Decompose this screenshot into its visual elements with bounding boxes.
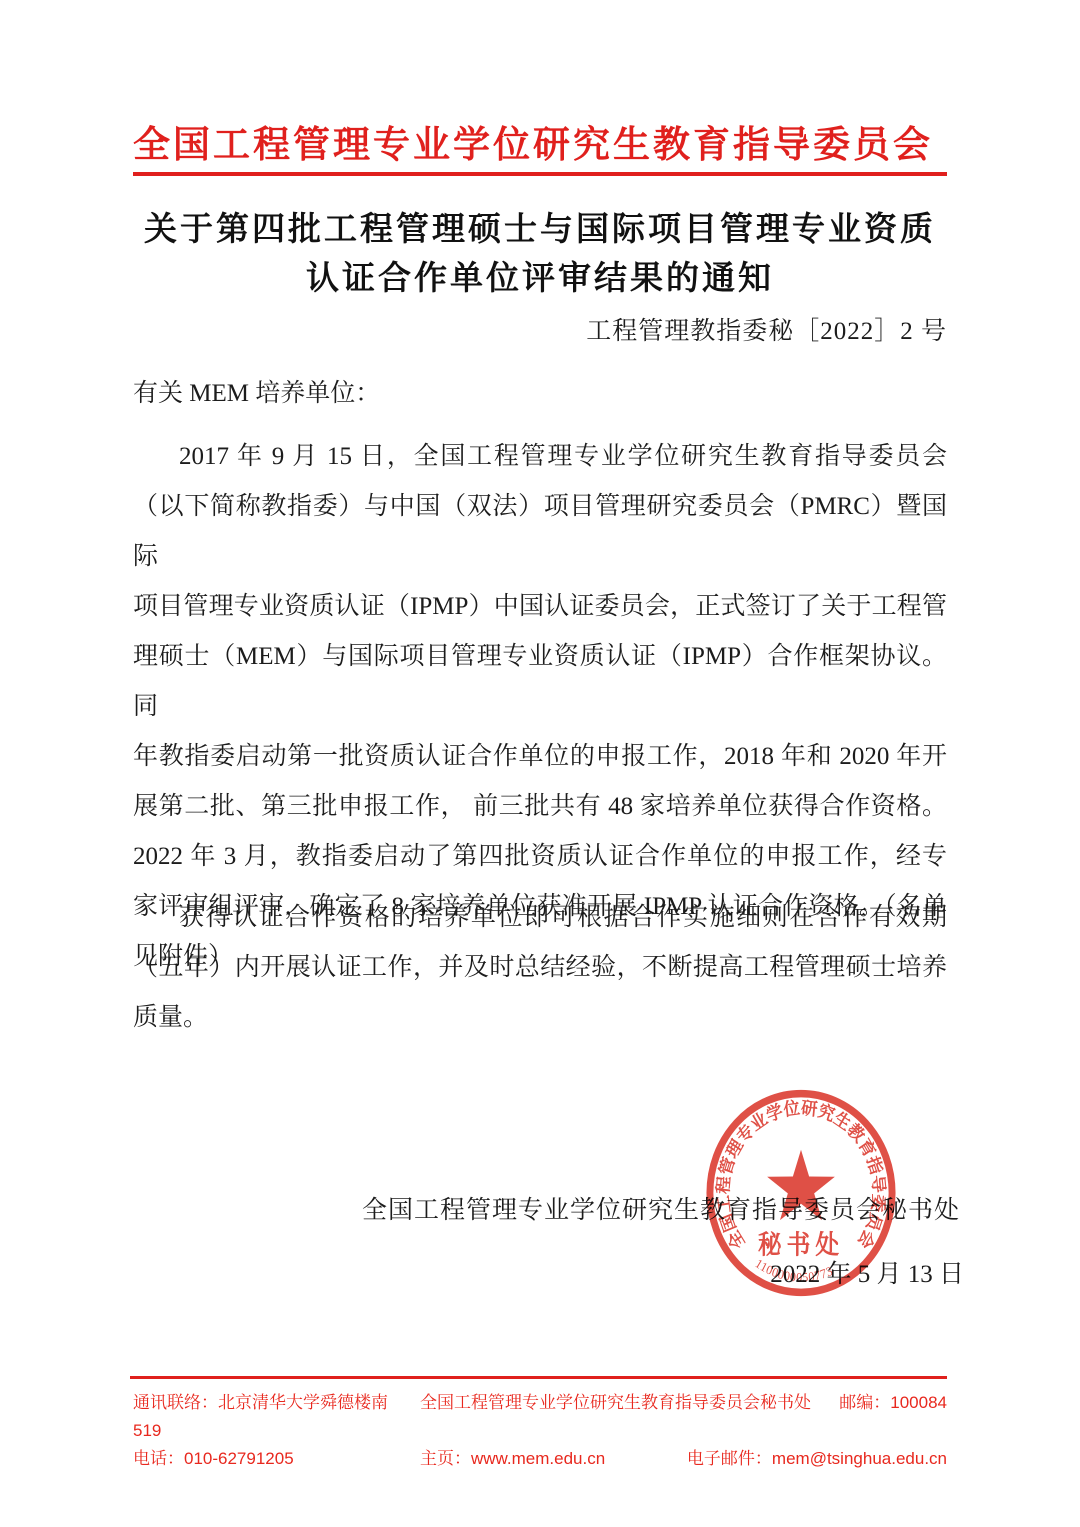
body-line: 2022 年 3 月，教指委启动了第四批资质认证合作单位的申报工作，经专: [133, 832, 947, 882]
body-line: 理硕士（MEM）与国际项目管理专业资质认证（IPMP）合作框架协议。同: [133, 632, 947, 732]
footer-divider: [130, 1376, 947, 1379]
footer-address: 通讯联络：北京清华大学舜德楼南 519: [133, 1389, 420, 1445]
footer-contact-block: 通讯联络：北京清华大学舜德楼南 519 全国工程管理专业学位研究生教育指导委员会…: [133, 1389, 947, 1473]
body-line: 年教指委启动第一批资质认证合作单位的申报工作，2018 年和 2020 年开: [133, 732, 947, 782]
body-line: 质量。: [133, 993, 947, 1043]
body-line: （以下简称教指委）与中国（双法）项目管理研究委员会（PMRC）暨国际: [133, 482, 947, 582]
letterhead-org-title: 全国工程管理专业学位研究生教育指导委员会: [133, 124, 947, 168]
salutation: 有关 MEM 培养单位：: [133, 373, 380, 409]
footer-org-name: 全国工程管理专业学位研究生教育指导委员会秘书处: [420, 1389, 839, 1445]
notice-document-page: 全国工程管理专业学位研究生教育指导委员会 关于第四批工程管理硕士与国际项目管理专…: [0, 0, 1080, 1527]
body-paragraph-2: 获得认证合作资格的培养单位即可根据合作实施细则在合作有效期 （五年）内开展认证工…: [133, 893, 947, 1043]
official-seal-stamp: 全国工程管理专业学位研究生教育指导委员会 秘书处 1100000050773: [702, 1085, 900, 1301]
body-line: 项目管理专业资质认证（IPMP）中国认证委员会，正式签订了关于工程管: [133, 582, 947, 632]
seal-star-icon: [767, 1150, 835, 1220]
letterhead-org-text: 全国工程管理专业学位研究生教育指导委员会: [133, 124, 933, 168]
footer-homepage: 主页：www.mem.edu.cn: [420, 1445, 687, 1473]
body-line: 获得认证合作资格的培养单位即可根据合作实施细则在合作有效期: [133, 893, 947, 943]
body-line: 展第二批、第三批申报工作， 前三批共有 48 家培养单位获得合作资格。: [133, 782, 947, 832]
footer-row-2: 电话：010-62791205 主页：www.mem.edu.cn 电子邮件：m…: [133, 1445, 947, 1473]
seal-center-label: 秘书处: [758, 1231, 844, 1260]
body-line: （五年）内开展认证工作，并及时总结经验，不断提高工程管理硕士培养: [133, 943, 947, 993]
footer-phone: 电话：010-62791205: [133, 1445, 420, 1473]
document-title-line2: 认证合作单位评审结果的通知: [0, 252, 1080, 299]
letterhead-divider: [133, 172, 947, 176]
footer-row-1: 通讯联络：北京清华大学舜德楼南 519 全国工程管理专业学位研究生教育指导委员会…: [133, 1389, 947, 1445]
body-line: 2017 年 9 月 15 日，全国工程管理专业学位研究生教育指导委员会: [133, 432, 947, 482]
document-title-line1: 关于第四批工程管理硕士与国际项目管理专业资质: [0, 203, 1080, 250]
footer-zipcode: 邮编：100084: [839, 1389, 947, 1445]
document-number: 工程管理教指委秘［2022］2 号: [586, 311, 947, 347]
footer-email: 电子邮件：mem@tsinghua.edu.cn: [687, 1445, 947, 1473]
